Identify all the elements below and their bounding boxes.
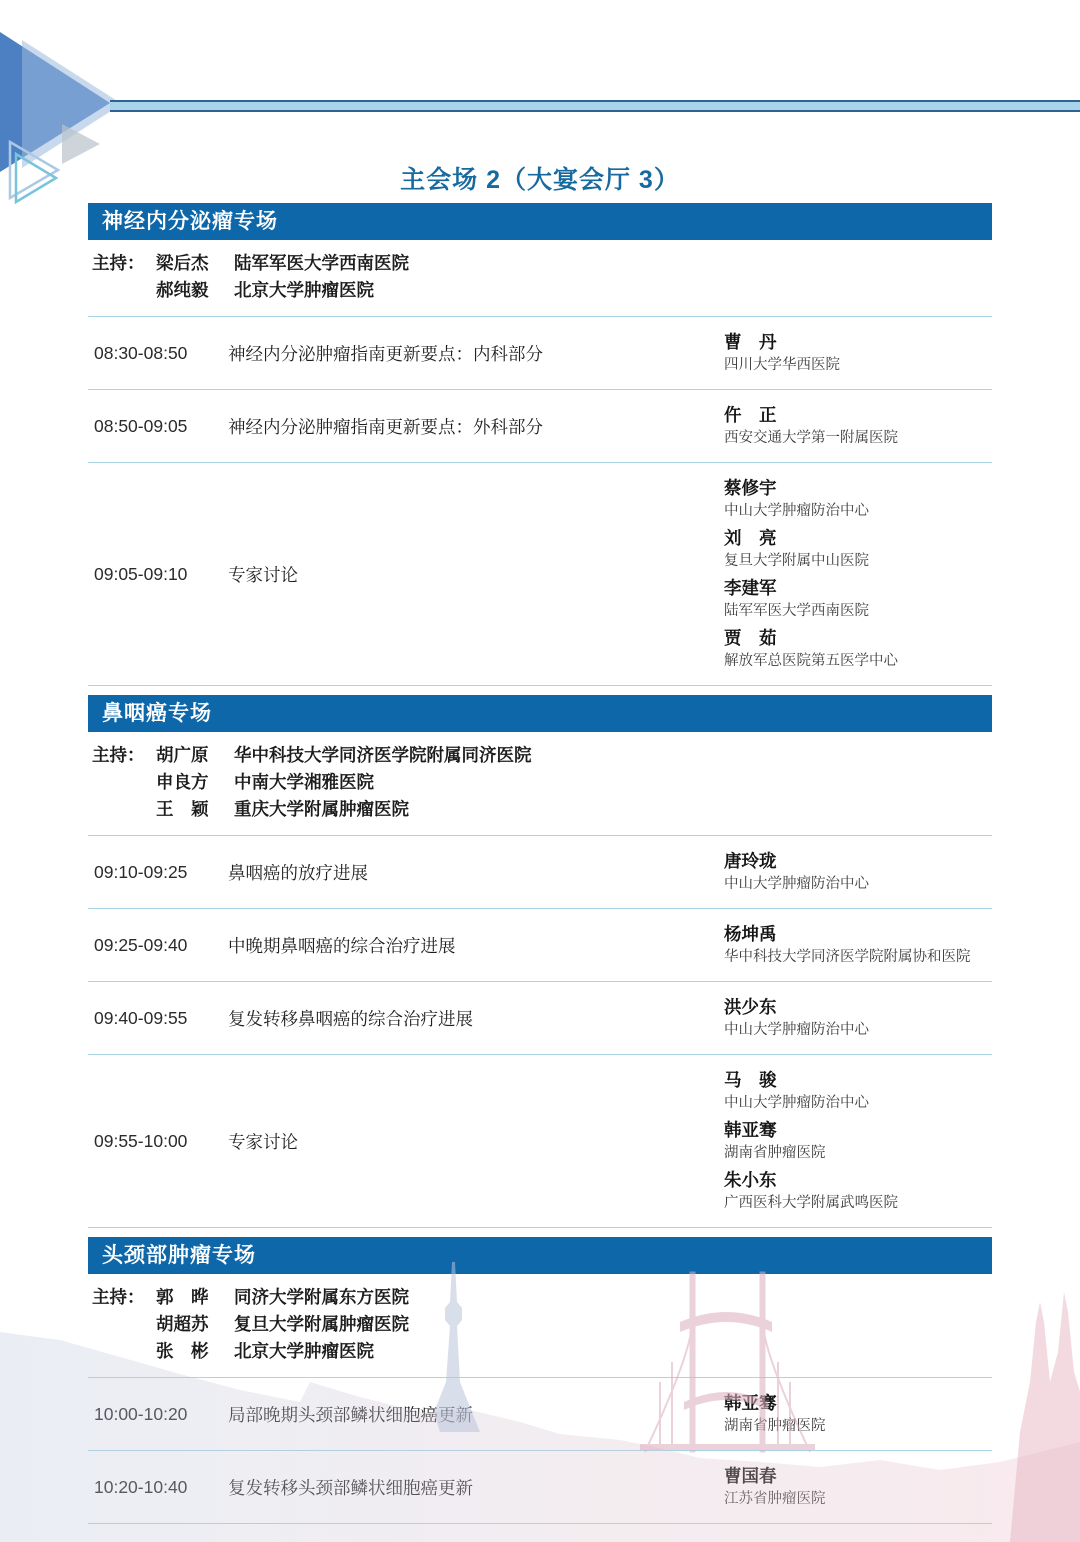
speaker-name: 蔡修宇 — [724, 477, 992, 500]
speaker-affiliation: 广西医科大学附属武鸣医院 — [724, 1193, 992, 1213]
speaker: 杨坤禹 华中科技大学同济医学院附属协和医院 — [724, 923, 992, 967]
speaker-name: 洪少东 — [724, 996, 992, 1019]
chairs-label — [92, 796, 156, 823]
session-topic: 中晚期鼻咽癌的综合治疗进展 — [228, 933, 724, 958]
chairs: 主持： 郭 晔 同济大学附属东方医院 胡超苏 复旦大学附属肿瘤医院 张 彬 北京… — [88, 1274, 992, 1378]
session-topic: 复发转移头颈部鳞状细胞癌更新 — [228, 1475, 724, 1500]
session-row: 10:00-10:20 局部晚期头颈部鳞状细胞癌更新 韩亚骞 湖南省肿瘤医院 — [88, 1378, 992, 1451]
chair-name: 郝纯毅 — [156, 277, 234, 304]
session-time: 08:50-09:05 — [88, 416, 228, 437]
chair-name: 王 颖 — [156, 796, 234, 823]
session-speakers: 马 骏 中山大学肿瘤防治中心 韩亚骞 湖南省肿瘤医院 朱小东 广西医科大学附属武… — [724, 1064, 992, 1218]
session-row: 09:55-10:00 专家讨论 马 骏 中山大学肿瘤防治中心 韩亚骞 湖南省肿… — [88, 1055, 992, 1228]
speaker-name: 仵 正 — [724, 404, 992, 427]
speaker-name: 贾 茹 — [724, 627, 992, 650]
chair-affiliation: 重庆大学附属肿瘤医院 — [234, 796, 992, 823]
speaker: 仵 正 西安交通大学第一附属医院 — [724, 404, 992, 448]
chair-name: 张 彬 — [156, 1338, 234, 1365]
speaker: 朱小东 广西医科大学附属武鸣医院 — [724, 1169, 992, 1213]
session-row: 10:20-10:40 复发转移头颈部鳞状细胞癌更新 曹国春 江苏省肿瘤医院 — [88, 1451, 992, 1524]
speaker: 曹国春 江苏省肿瘤医院 — [724, 1465, 992, 1509]
speaker: 马 骏 中山大学肿瘤防治中心 — [724, 1069, 992, 1113]
session-topic: 专家讨论 — [228, 1129, 724, 1154]
speaker: 贾 茹 解放军总医院第五医学中心 — [724, 627, 992, 671]
session-row: 09:40-09:55 复发转移鼻咽癌的综合治疗进展 洪少东 中山大学肿瘤防治中… — [88, 982, 992, 1055]
session-topic: 神经内分泌肿瘤指南更新要点：内科部分 — [228, 341, 724, 366]
chairs-label: 主持： — [92, 250, 156, 277]
chair-affiliation: 华中科技大学同济医学院附属同济医院 — [234, 742, 992, 769]
section-header: 神经内分泌瘤专场 — [88, 203, 992, 240]
speaker: 李建军 陆军军医大学西南医院 — [724, 577, 992, 621]
speaker-name: 唐玲珑 — [724, 850, 992, 873]
speaker-affiliation: 陆军军医大学西南医院 — [724, 601, 992, 621]
page-title: 主会场 2（大宴会厅 3） — [0, 160, 1080, 196]
session-row: 08:50-09:05 神经内分泌肿瘤指南更新要点：外科部分 仵 正 西安交通大… — [88, 390, 992, 463]
chair-name: 胡广原 — [156, 742, 234, 769]
session-time: 09:10-09:25 — [88, 862, 228, 883]
chairs-label — [92, 1338, 156, 1365]
speaker: 韩亚骞 湖南省肿瘤医院 — [724, 1119, 992, 1163]
chair-name: 梁后杰 — [156, 250, 234, 277]
speaker: 曹 丹 四川大学华西医院 — [724, 331, 992, 375]
chair-line: 王 颖 重庆大学附属肿瘤医院 — [92, 796, 992, 823]
session-topic: 复发转移鼻咽癌的综合治疗进展 — [228, 1006, 724, 1031]
session-row: 08:30-08:50 神经内分泌肿瘤指南更新要点：内科部分 曹 丹 四川大学华… — [88, 317, 992, 390]
chairs: 主持： 胡广原 华中科技大学同济医学院附属同济医院 申良方 中南大学湘雅医院 王… — [88, 732, 992, 836]
program-section: 鼻咽癌专场 主持： 胡广原 华中科技大学同济医学院附属同济医院 申良方 中南大学… — [88, 695, 992, 1228]
chair-name: 申良方 — [156, 769, 234, 796]
speaker-name: 李建军 — [724, 577, 992, 600]
chair-line: 申良方 中南大学湘雅医院 — [92, 769, 992, 796]
chair-line: 主持： 郭 晔 同济大学附属东方医院 — [92, 1284, 992, 1311]
program-content: 神经内分泌瘤专场 主持： 梁后杰 陆军军医大学西南医院 郝纯毅 北京大学肿瘤医院… — [88, 203, 992, 1533]
speaker-name: 韩亚骞 — [724, 1119, 992, 1142]
chair-line: 胡超苏 复旦大学附属肿瘤医院 — [92, 1311, 992, 1338]
session-time: 10:20-10:40 — [88, 1477, 228, 1498]
rows: 08:30-08:50 神经内分泌肿瘤指南更新要点：内科部分 曹 丹 四川大学华… — [88, 317, 992, 686]
speaker: 蔡修宇 中山大学肿瘤防治中心 — [724, 477, 992, 521]
section-header: 头颈部肿瘤专场 — [88, 1237, 992, 1274]
chair-line: 主持： 胡广原 华中科技大学同济医学院附属同济医院 — [92, 742, 992, 769]
chairs: 主持： 梁后杰 陆军军医大学西南医院 郝纯毅 北京大学肿瘤医院 — [88, 240, 992, 317]
session-time: 09:25-09:40 — [88, 935, 228, 956]
speaker-name: 曹国春 — [724, 1465, 992, 1488]
speaker-affiliation: 中山大学肿瘤防治中心 — [724, 874, 992, 894]
speaker: 洪少东 中山大学肿瘤防治中心 — [724, 996, 992, 1040]
speaker-affiliation: 江苏省肿瘤医院 — [724, 1489, 992, 1509]
session-topic: 局部晚期头颈部鳞状细胞癌更新 — [228, 1402, 724, 1427]
chair-affiliation: 复旦大学附属肿瘤医院 — [234, 1311, 992, 1338]
speaker: 刘 亮 复旦大学附属中山医院 — [724, 527, 992, 571]
speaker-name: 杨坤禹 — [724, 923, 992, 946]
session-topic: 神经内分泌肿瘤指南更新要点：外科部分 — [228, 414, 724, 439]
chairs-label — [92, 1311, 156, 1338]
speaker-name: 马 骏 — [724, 1069, 992, 1092]
speaker-name: 韩亚骞 — [724, 1392, 992, 1415]
chair-line: 张 彬 北京大学肿瘤医院 — [92, 1338, 992, 1365]
chairs-label: 主持： — [92, 742, 156, 769]
chair-affiliation: 北京大学肿瘤医院 — [234, 277, 992, 304]
session-time: 09:05-09:10 — [88, 564, 228, 585]
session-time: 10:00-10:20 — [88, 1404, 228, 1425]
session-speakers: 唐玲珑 中山大学肿瘤防治中心 — [724, 845, 992, 899]
chairs-label — [92, 277, 156, 304]
session-row: 09:05-09:10 专家讨论 蔡修宇 中山大学肿瘤防治中心 刘 亮 复旦大学… — [88, 463, 992, 686]
speaker-affiliation: 湖南省肿瘤医院 — [724, 1143, 992, 1163]
chair-affiliation: 中南大学湘雅医院 — [234, 769, 992, 796]
session-topic: 专家讨论 — [228, 562, 724, 587]
speaker-name: 曹 丹 — [724, 331, 992, 354]
session-speakers: 洪少东 中山大学肿瘤防治中心 — [724, 991, 992, 1045]
session-speakers: 杨坤禹 华中科技大学同济医学院附属协和医院 — [724, 918, 992, 972]
chair-name: 胡超苏 — [156, 1311, 234, 1338]
session-speakers: 蔡修宇 中山大学肿瘤防治中心 刘 亮 复旦大学附属中山医院 李建军 陆军军医大学… — [724, 472, 992, 676]
session-speakers: 曹 丹 四川大学华西医院 — [724, 326, 992, 380]
session-row: 09:25-09:40 中晚期鼻咽癌的综合治疗进展 杨坤禹 华中科技大学同济医学… — [88, 909, 992, 982]
chair-line: 主持： 梁后杰 陆军军医大学西南医院 — [92, 250, 992, 277]
session-row: 09:10-09:25 鼻咽癌的放疗进展 唐玲珑 中山大学肿瘤防治中心 — [88, 836, 992, 909]
speaker-affiliation: 复旦大学附属中山医院 — [724, 551, 992, 571]
session-time: 09:55-10:00 — [88, 1131, 228, 1152]
session-time: 09:40-09:55 — [88, 1008, 228, 1029]
session-speakers: 仵 正 西安交通大学第一附属医院 — [724, 399, 992, 453]
speaker-affiliation: 西安交通大学第一附属医院 — [724, 428, 992, 448]
program-section: 头颈部肿瘤专场 主持： 郭 晔 同济大学附属东方医院 胡超苏 复旦大学附属肿瘤医… — [88, 1237, 992, 1524]
chairs-label: 主持： — [92, 1284, 156, 1311]
speaker-name: 朱小东 — [724, 1169, 992, 1192]
chair-affiliation: 陆军军医大学西南医院 — [234, 250, 992, 277]
session-speakers: 韩亚骞 湖南省肿瘤医院 — [724, 1387, 992, 1441]
program-section: 神经内分泌瘤专场 主持： 梁后杰 陆军军医大学西南医院 郝纯毅 北京大学肿瘤医院… — [88, 203, 992, 686]
rows: 10:00-10:20 局部晚期头颈部鳞状细胞癌更新 韩亚骞 湖南省肿瘤医院 1… — [88, 1378, 992, 1524]
header-rule — [110, 100, 1080, 112]
speaker-affiliation: 中山大学肿瘤防治中心 — [724, 501, 992, 521]
speaker: 唐玲珑 中山大学肿瘤防治中心 — [724, 850, 992, 894]
section-header: 鼻咽癌专场 — [88, 695, 992, 732]
chair-affiliation: 北京大学肿瘤医院 — [234, 1338, 992, 1365]
chair-line: 郝纯毅 北京大学肿瘤医院 — [92, 277, 992, 304]
speaker-name: 刘 亮 — [724, 527, 992, 550]
speaker: 韩亚骞 湖南省肿瘤医院 — [724, 1392, 992, 1436]
speaker-affiliation: 华中科技大学同济医学院附属协和医院 — [724, 947, 992, 967]
speaker-affiliation: 湖南省肿瘤医院 — [724, 1416, 992, 1436]
session-time: 08:30-08:50 — [88, 343, 228, 364]
rows: 09:10-09:25 鼻咽癌的放疗进展 唐玲珑 中山大学肿瘤防治中心 09:2… — [88, 836, 992, 1228]
chair-name: 郭 晔 — [156, 1284, 234, 1311]
chairs-label — [92, 769, 156, 796]
chair-affiliation: 同济大学附属东方医院 — [234, 1284, 992, 1311]
speaker-affiliation: 中山大学肿瘤防治中心 — [724, 1020, 992, 1040]
speaker-affiliation: 中山大学肿瘤防治中心 — [724, 1093, 992, 1113]
speaker-affiliation: 四川大学华西医院 — [724, 355, 992, 375]
session-topic: 鼻咽癌的放疗进展 — [228, 860, 724, 885]
session-speakers: 曹国春 江苏省肿瘤医院 — [724, 1460, 992, 1514]
speaker-affiliation: 解放军总医院第五医学中心 — [724, 651, 992, 671]
